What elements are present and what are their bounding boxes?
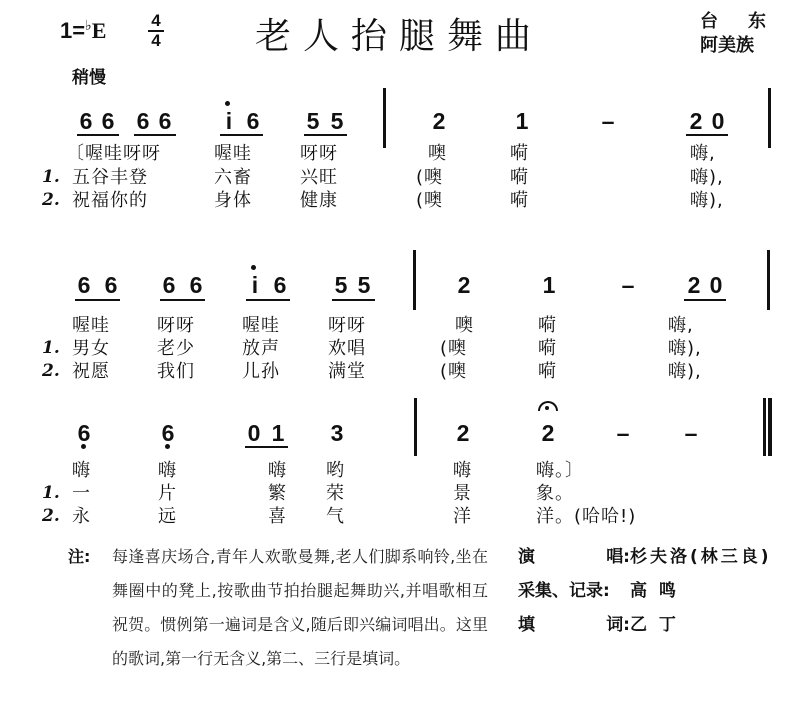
lyric: 健康 [300,190,338,211]
lyric: 繁 [268,483,287,504]
note: 5 [356,272,372,299]
lyric: 兴旺 [300,167,338,188]
eighth-beam [134,134,176,136]
verse-label: 2. [42,361,60,381]
lyric: 男女 [72,338,110,359]
note-high: i [248,272,262,299]
dash: – [600,108,616,135]
verse-label: 1. [42,167,60,187]
page-title: 老人抬腿舞曲 [255,8,543,59]
lyric: 一 [72,483,91,504]
verse-label: 2. [42,190,60,210]
key-prefix: 1= [60,18,85,43]
eighth-beam [332,299,375,301]
lyric: 祝福你的 [72,190,148,211]
lyric: 满堂 [328,361,366,382]
lyric: 洋。(哈哈!) [536,506,636,527]
lyric: 放声 [242,338,280,359]
eighth-beam [684,299,726,301]
note-high: i [222,108,236,135]
origin-region: 台东 [700,10,796,34]
time-signature: 4 4 [147,12,165,50]
origin-ethnicity: 阿美族 [700,34,796,58]
footnote-text: 每逢喜庆场合,青年人欢歌曼舞,老人们脚系响铃,坐在舞圈中的凳上,按歌曲节拍抬腿起… [112,540,488,676]
lyric: 嗬 [510,167,529,188]
dash: – [620,272,636,299]
note: 2 [456,272,472,299]
eighth-beam [75,299,120,301]
lyric: 嗬 [538,315,557,336]
note: 6 [100,108,116,135]
note: 6 [272,272,288,299]
credit-performer: 演唱: 杉夫洛(林三良) [518,540,788,574]
dash: – [683,420,699,447]
lyric: 六畜 [214,167,252,188]
note: 3 [329,420,345,447]
octave-dot-below [165,444,170,449]
eighth-beam [220,134,263,136]
lyric: 儿孙 [242,361,280,382]
rest: 0 [708,272,724,299]
lyric: 呀呀 [157,315,195,336]
lyric: 嗨 [268,460,287,481]
lyric: 欢唱 [328,338,366,359]
note: 6 [188,272,204,299]
lyric: 荣 [326,483,345,504]
note-low: 6 [160,420,176,447]
meter-top: 4 [147,12,165,30]
lyric: 哟 [326,460,345,481]
verse-label: 1. [42,483,60,503]
verse-label: 1. [42,338,60,358]
octave-dot-below [81,444,86,449]
eighth-beam [77,134,119,136]
lyric: (噢 [416,167,443,188]
key-signature: 1=♭E [60,18,106,44]
lyric: 喜 [268,506,287,527]
note: 2 [431,108,447,135]
note: 6 [135,108,151,135]
note: 2 [688,108,704,135]
lyric: 呀呀 [328,315,366,336]
credit-value: 杉夫洛(林三良) [630,540,788,574]
lyric: 片 [158,483,177,504]
lyric: 〔喔哇呀呀 [66,143,161,164]
lyric: 嗨), [690,167,724,188]
lyric: 喔哇 [72,315,110,336]
note: 5 [329,108,345,135]
footnote-label: 注: [68,540,90,574]
lyric: 嗬 [510,143,529,164]
fermata-dot [545,406,549,410]
lyric: (噢 [416,190,443,211]
bar-line [383,88,386,148]
lyric: 嗨), [690,190,724,211]
bar-line [768,88,771,148]
note: 6 [78,108,94,135]
lyric: 祝愿 [72,361,110,382]
final-bar-thin [763,398,766,456]
credit-value: 乙 丁 [630,608,788,642]
lyric: (噢 [440,338,467,359]
credits: 演唱: 杉夫洛(林三良) 采集、记录: 高 鸣 填词: 乙 丁 [518,540,788,642]
lyric: 嗨 [158,460,177,481]
note: 5 [333,272,349,299]
note: 6 [157,108,173,135]
lyric: 老少 [157,338,195,359]
credit-key: 填 [518,608,535,642]
eighth-beam [304,134,347,136]
note: 1 [541,272,557,299]
eighth-beam [246,299,290,301]
lyric: 嗨), [668,361,702,382]
origin: 台东 阿美族 [700,10,796,58]
note: 6 [76,272,92,299]
octave-dot-above [225,101,230,106]
credit-key: 采集、记录: [518,574,610,608]
note: 2 [455,420,471,447]
lyric: 我们 [157,361,195,382]
eighth-beam [245,446,288,448]
key-note: E [92,18,107,43]
credit-key: 词: [606,608,630,642]
lyric: 喔哇 [214,143,252,164]
note: 1 [514,108,530,135]
lyric: 身体 [214,190,252,211]
verse-label: 2. [42,506,60,526]
credit-lyricist: 填词: 乙 丁 [518,608,788,642]
lyric: 嗨。〕 [536,460,584,481]
lyric: 嗨, [690,143,716,164]
lyric: 嗨 [72,460,91,481]
lyric: (噢 [440,361,467,382]
lyric: 嗨, [668,315,694,336]
lyric: 象。 [536,483,574,504]
note: 1 [270,420,286,447]
note-low: 6 [76,420,92,447]
credit-collector: 采集、记录: 高 鸣 [518,574,788,608]
lyric: 洋 [453,506,472,527]
lyric: 嗬 [510,190,529,211]
lyric: 永 [72,506,91,527]
bar-line [767,250,770,310]
lyric: 喔哇 [242,315,280,336]
credit-key: 演 [518,540,535,574]
lyric: 噢 [455,315,474,336]
note: 6 [245,108,261,135]
credit-value: 高 鸣 [630,574,788,608]
lyric: 气 [326,506,345,527]
lyric: 噢 [428,143,447,164]
lyric: 景 [453,483,472,504]
note: 6 [103,272,119,299]
bar-line [414,398,417,456]
bar-line [413,250,416,310]
note: 6 [161,272,177,299]
credit-key: 唱: [606,540,630,574]
footnote: 注: 每逢喜庆场合,青年人欢歌曼舞,老人们脚系响铃,坐在舞圈中的凳上,按歌曲节拍… [68,540,488,676]
tempo-marking: 稍慢 [72,63,106,88]
lyric: 五谷丰登 [72,167,148,188]
octave-dot-above [251,265,256,270]
final-bar-thick [768,398,772,456]
lyric: 嗨 [453,460,472,481]
dash: – [615,420,631,447]
note: 5 [305,108,321,135]
flat-icon: ♭ [85,18,92,34]
meter-bottom: 4 [147,32,165,50]
lyric: 远 [158,506,177,527]
eighth-beam [686,134,728,136]
note: 2 [686,272,702,299]
lyric: 呀呀 [300,143,338,164]
lyric: 嗨), [668,338,702,359]
note-fermata: 2 [540,420,556,447]
eighth-beam [160,299,205,301]
rest: 0 [246,420,262,447]
lyric: 嗬 [538,338,557,359]
lyric: 嗬 [538,361,557,382]
rest: 0 [710,108,726,135]
